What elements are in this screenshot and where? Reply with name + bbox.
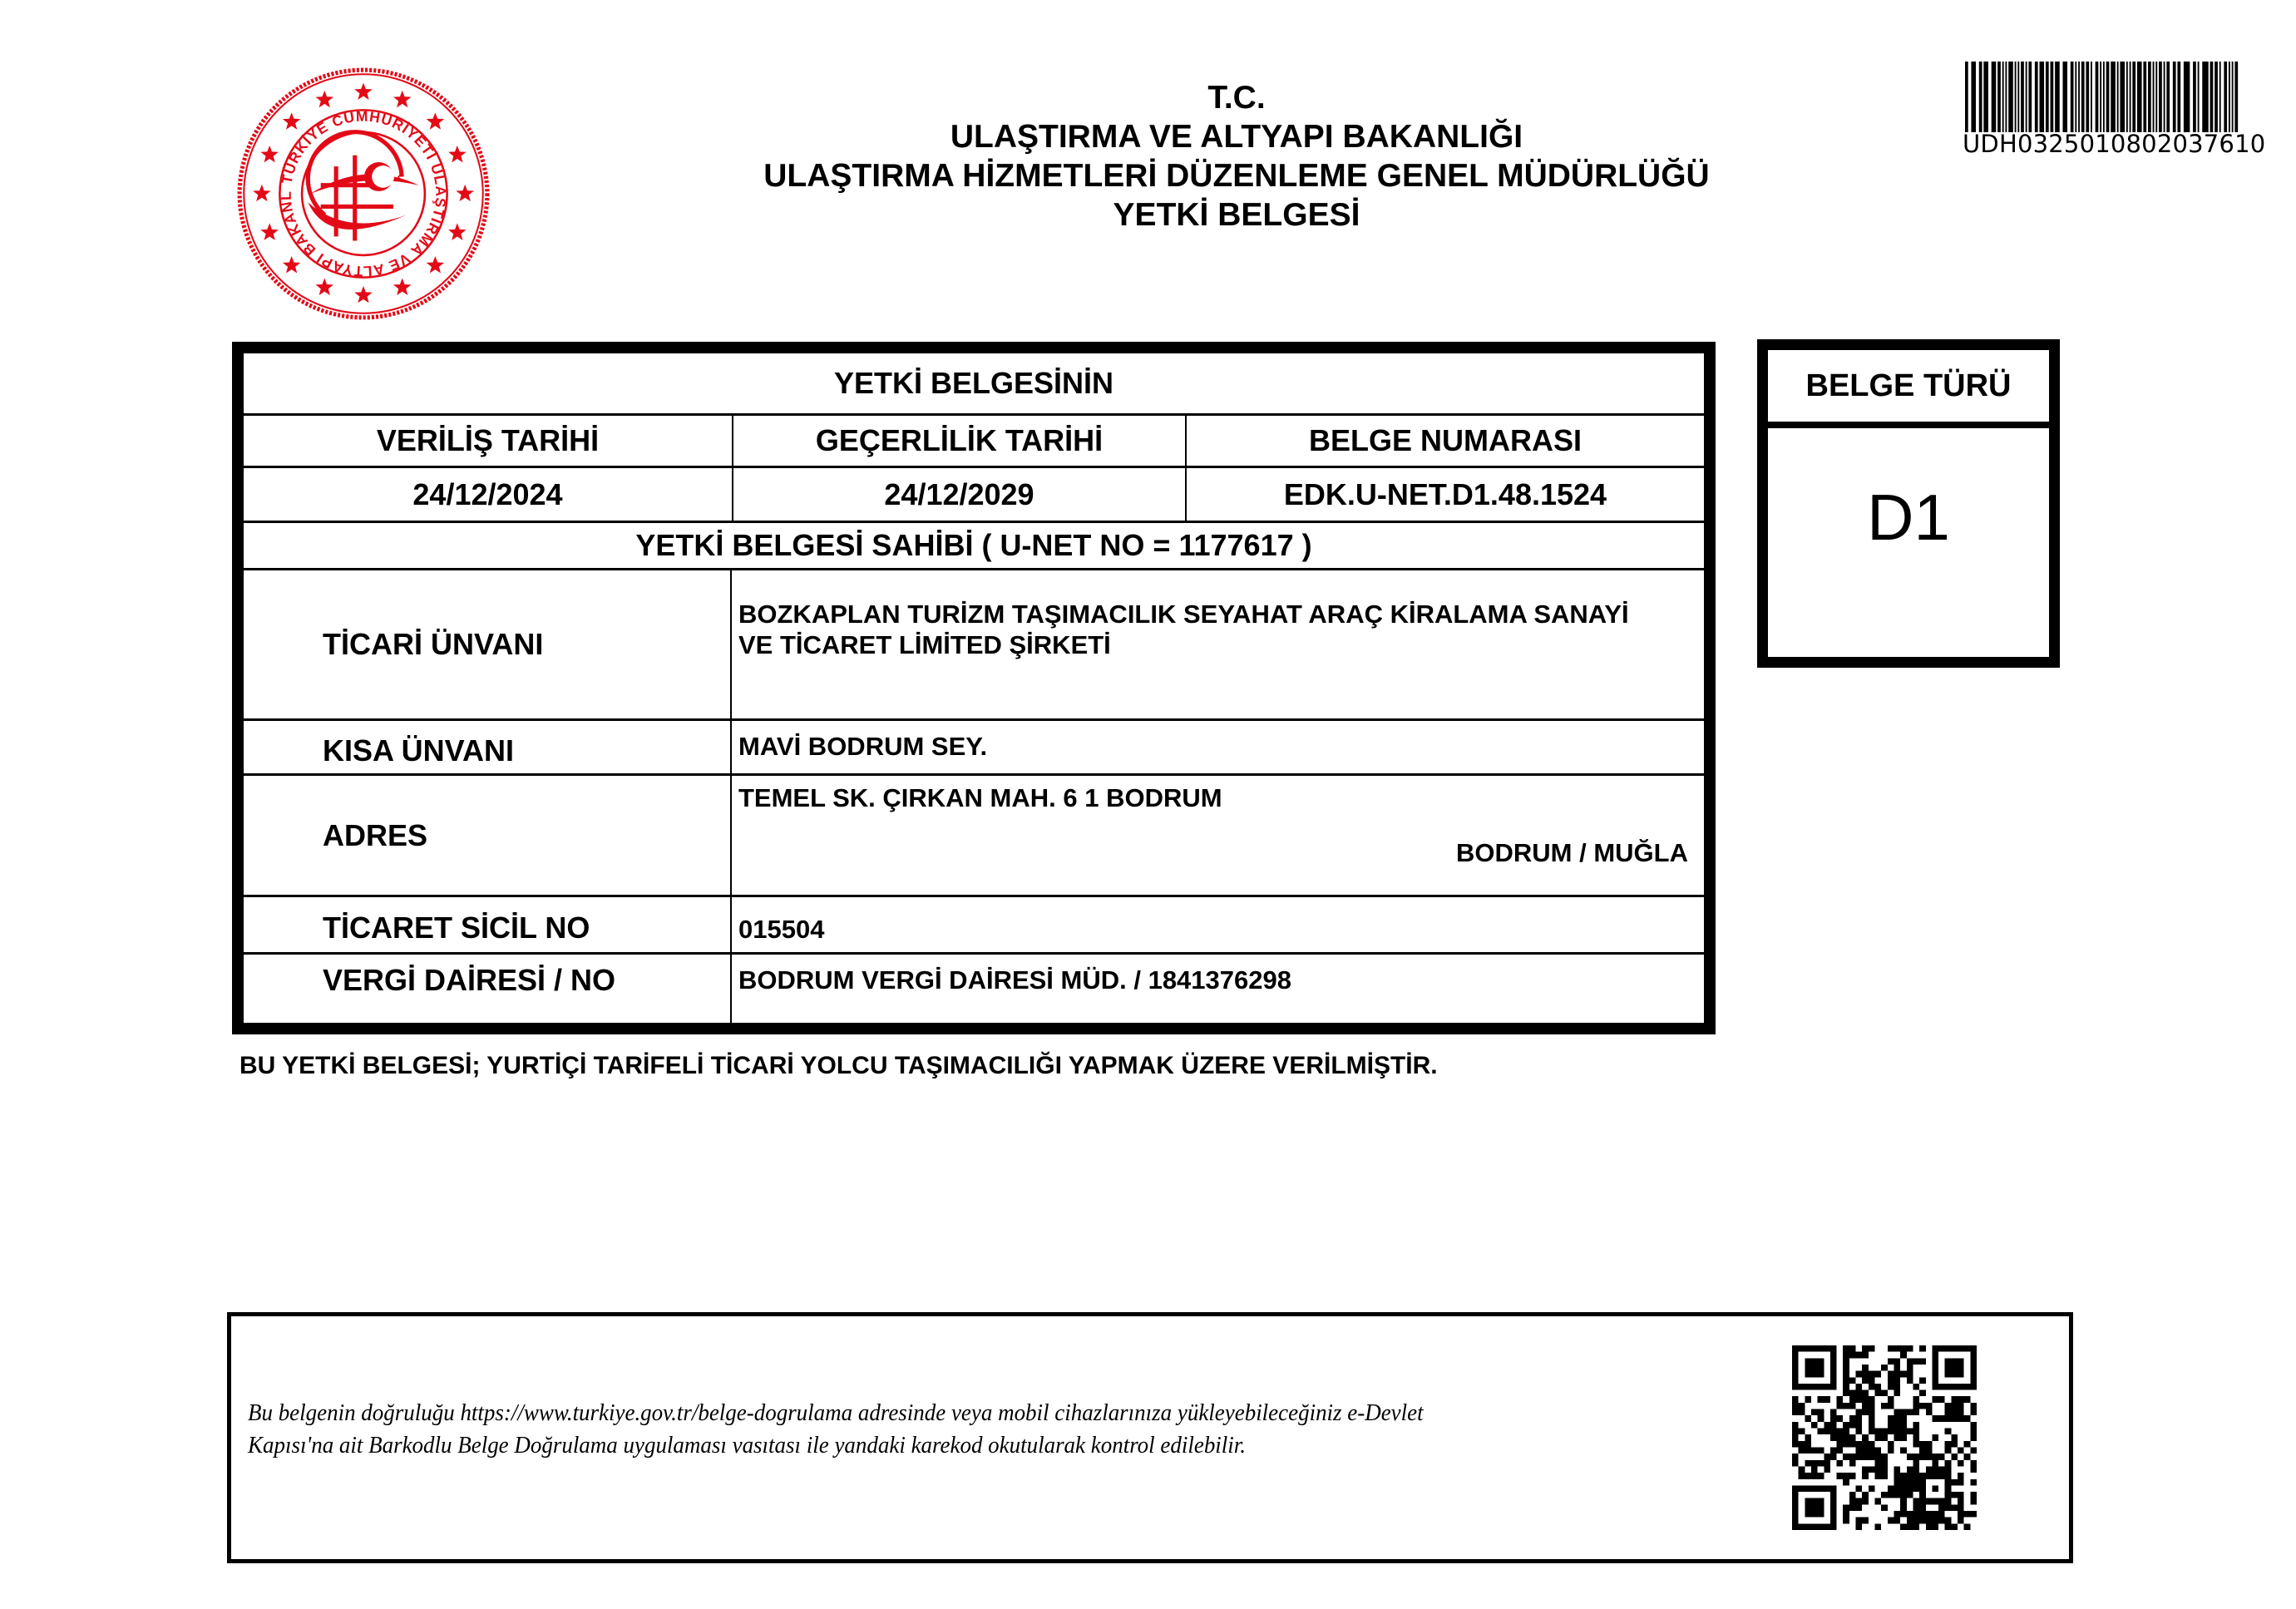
certificate-table: YETKİ BELGESİNİN VERİLİŞ TARİHİ GEÇERLİL… (232, 342, 1716, 1034)
trade-registry-no-value: 015504 (732, 897, 1704, 952)
label-address: ADRES (244, 776, 730, 895)
verification-text: Bu belgenin doğruluğu https://www.turkiy… (248, 1397, 1656, 1462)
label-short-name: KISA ÜNVANI (244, 721, 730, 773)
header-line-ministry: ULAŞTIRMA VE ALTYAPI BAKANLIĞI (582, 117, 1891, 156)
label-trade-name: TİCARİ ÜNVANI (244, 570, 730, 718)
barcode-icon (1965, 62, 2239, 132)
section-title: YETKİ BELGESİNİN (244, 353, 1704, 413)
trade-name-line-2: VE TİCARET LİMİTED ŞİRKETİ (738, 629, 1111, 660)
document-number: EDK.U-NET.D1.48.1524 (1187, 468, 1704, 521)
header-line-tc: T.C. (582, 78, 1891, 117)
col-header-document-number: BELGE NUMARASI (1187, 416, 1704, 466)
verification-line-2: Kapısı'na ait Barkodlu Belge Doğrulama u… (248, 1429, 1656, 1462)
holder-title: YETKİ BELGESİ SAHİBİ ( U-NET NO = 117761… (244, 523, 1704, 568)
header-line-directorate: ULAŞTIRMA HİZMETLERİ DÜZENLEME GENEL MÜD… (582, 156, 1891, 195)
header-title-block: T.C. ULAŞTIRMA VE ALTYAPI BAKANLIĞI ULAŞ… (582, 78, 1891, 234)
document-type-label: BELGE TÜRÜ (1768, 350, 2049, 428)
col-header-validity-date: GEÇERLİLİK TARİHİ (733, 416, 1185, 466)
ministry-seal-icon: TÜRKİYE CUMHURİYETİ ULAŞTIRMA VE ALTYAPI… (235, 66, 491, 322)
validity-date: 24/12/2029 (733, 468, 1185, 521)
issue-date: 24/12/2024 (244, 468, 732, 521)
label-tax-office: VERGİ DAİRESİ / NO (244, 955, 730, 1023)
svg-text:TÜRKİYE CUMHURİYETİ ULAŞTIRMA: TÜRKİYE CUMHURİYETİ ULAŞTIRMA VE ALTYAPI… (235, 66, 449, 279)
label-trade-registry-no: TİCARET SİCİL NO (244, 897, 730, 952)
trade-name-line-1: BOZKAPLAN TURİZM TAŞIMACILIK SEYAHAT ARA… (738, 599, 1629, 629)
short-name-value: MAVİ BODRUM SEY. (732, 721, 1704, 773)
tax-office-value: BODRUM VERGİ DAİRESİ MÜD. / 1841376298 (732, 955, 1704, 1023)
barcode-value: UDH0325010802037610 (1963, 130, 2242, 158)
trade-name-value: BOZKAPLAN TURİZM TAŞIMACILIK SEYAHAT ARA… (732, 570, 1704, 718)
seal-text: TÜRKİYE CUMHURİYETİ ULAŞTIRMA VE ALTYAPI… (235, 66, 449, 279)
verification-line-1: Bu belgenin doğruluğu https://www.turkiy… (248, 1397, 1656, 1429)
verification-box: Bu belgenin doğruluğu https://www.turkiy… (227, 1312, 2073, 1563)
authorization-statement: BU YETKİ BELGESİ; YURTİÇİ TARİFELİ TİCAR… (239, 1052, 1438, 1080)
header-line-doc-title: YETKİ BELGESİ (582, 195, 1891, 234)
col-header-issue-date: VERİLİŞ TARİHİ (244, 416, 732, 466)
document-type-value: D1 (1768, 428, 2049, 657)
document-type-box: BELGE TÜRÜ D1 (1757, 339, 2060, 668)
qr-code-icon (1792, 1345, 1977, 1530)
address-city: BODRUM / MUĞLA (732, 836, 1688, 869)
